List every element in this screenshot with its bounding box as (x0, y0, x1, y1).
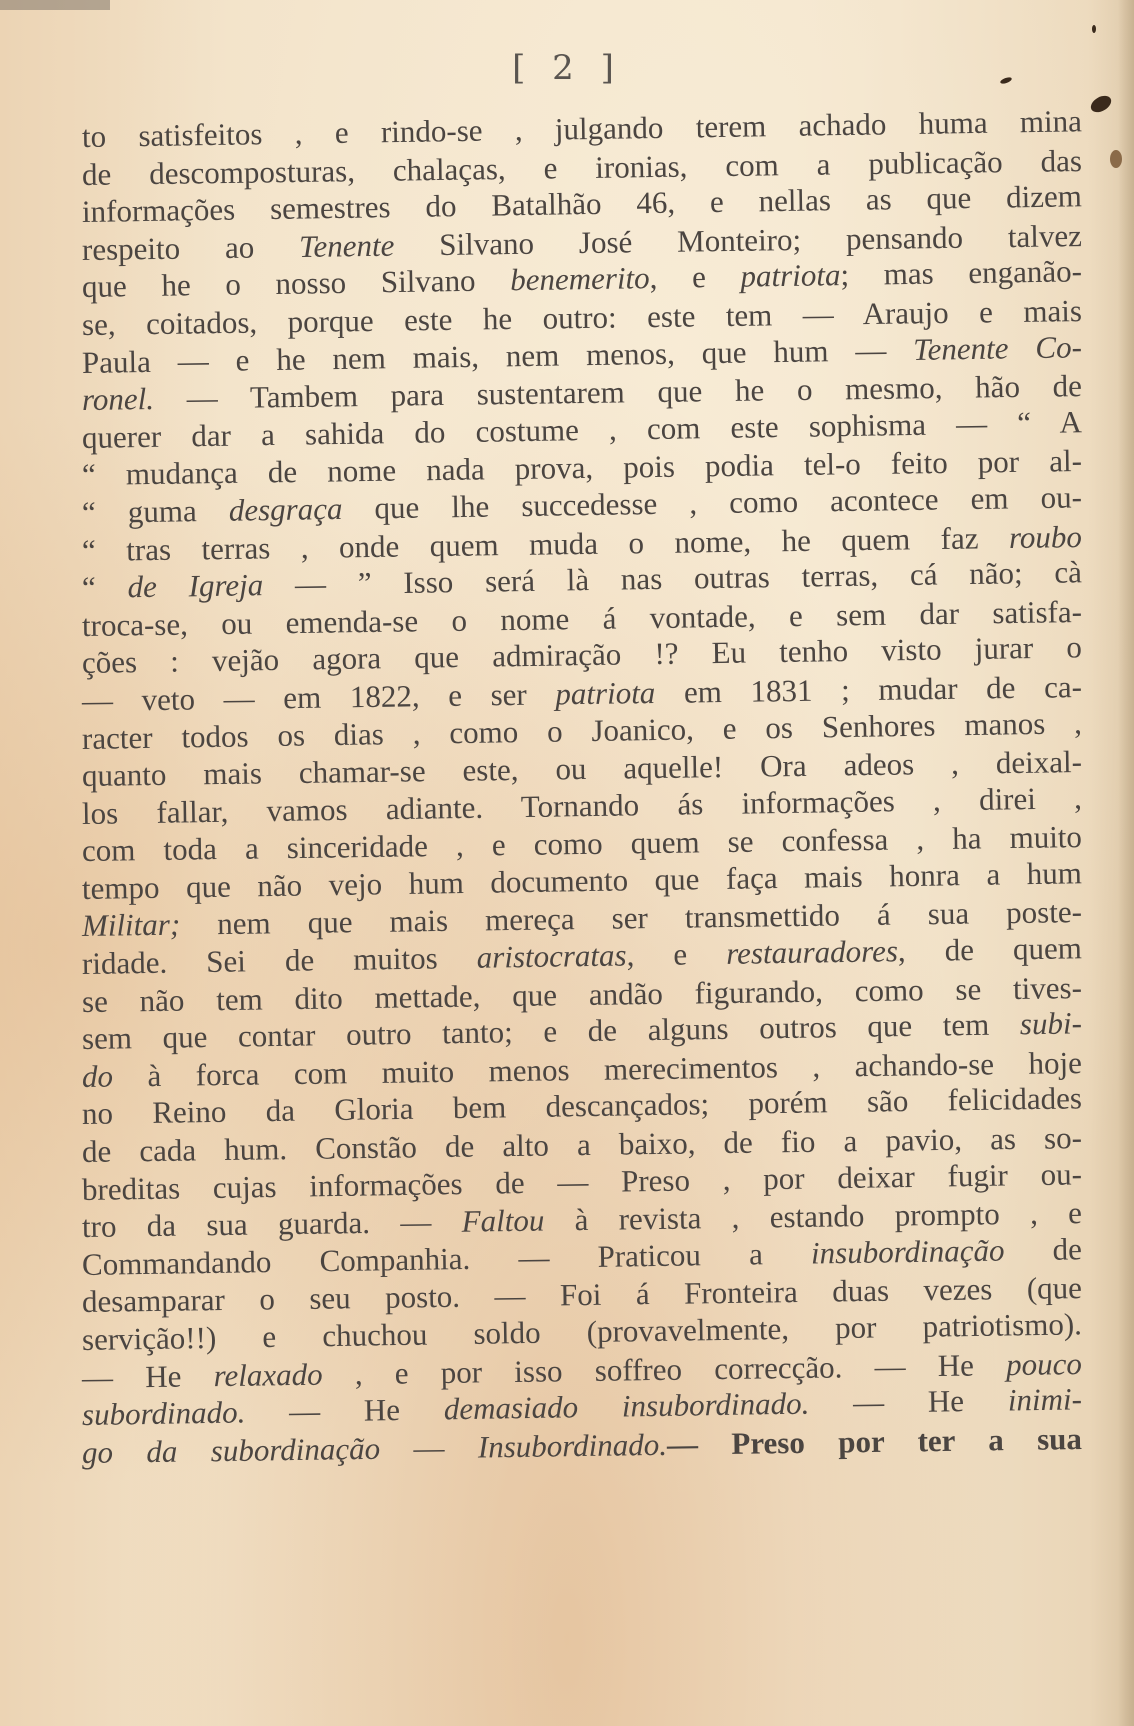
bold-text: — Preso por ter a sua (667, 1421, 1082, 1462)
italic-text: do (82, 1058, 113, 1093)
italic-text: desgraça (229, 491, 343, 528)
italic-text: subordinado. (82, 1395, 246, 1433)
text-segment: ridade. Sei de muitos (82, 940, 477, 981)
italic-text: demasiado insubordinado. (444, 1386, 810, 1427)
italic-text: benemerito (510, 260, 650, 297)
text-segment: em 1831 ; mudar de ca- (655, 669, 1082, 710)
text-segment: — (380, 1429, 478, 1465)
ink-spot (1092, 25, 1096, 33)
italic-text: de Igreja (127, 567, 263, 604)
italic-text: subi- (1020, 1006, 1083, 1042)
page-number: [ 2 ] (0, 48, 1134, 88)
text-segment: que he o nosso Silvano (82, 263, 511, 305)
italic-text: pouco (1006, 1346, 1082, 1382)
text-segment: — He (82, 1358, 214, 1395)
text-segment: de (1004, 1231, 1082, 1267)
italic-text: roubo (1009, 519, 1082, 555)
document-page: [ 2 ] to satisfeitos , e rindo-se , julg… (0, 0, 1134, 1726)
italic-text: patriota (740, 257, 840, 294)
text-segment: — He (809, 1383, 1008, 1421)
italic-text: inimi- (1008, 1381, 1083, 1417)
text-segment: tro da sua guarda. — (82, 1204, 462, 1244)
italic-text: Tenente Co- (913, 329, 1082, 367)
text-segment: — veto — em 1822, e ser (82, 676, 556, 718)
italic-text: ronel. (82, 381, 155, 417)
italic-text: relaxado (213, 1356, 323, 1393)
italic-text: aristocratas (476, 938, 626, 975)
italic-text: Insubordinado. (478, 1427, 668, 1465)
text-segment: , e (626, 936, 726, 973)
italic-text: Tenente (299, 227, 395, 263)
ink-spot (1088, 92, 1114, 115)
text-segment: — He (245, 1392, 444, 1430)
text-segment: ; mas enganão- (840, 254, 1082, 293)
page-smudge (0, 0, 110, 10)
text-segment: “ guma (82, 493, 229, 530)
text-segment: respeito ao (82, 229, 300, 267)
italic-text: Faltou (461, 1203, 544, 1239)
ink-spot (1110, 150, 1122, 168)
italic-text: restauradores (726, 933, 898, 971)
body-text: to satisfeitos , e rindo-se , julgando t… (82, 118, 1082, 1471)
text-segment: , e (649, 259, 740, 295)
italic-text: go da subordinação (82, 1431, 381, 1470)
text-segment: “ (82, 569, 128, 605)
italic-text: insubordinação (811, 1232, 1005, 1270)
italic-text: patriota (555, 675, 655, 711)
page-edge (1118, 0, 1134, 1726)
text-segment: , de quem (898, 930, 1083, 968)
italic-text: Militar; (82, 907, 181, 943)
